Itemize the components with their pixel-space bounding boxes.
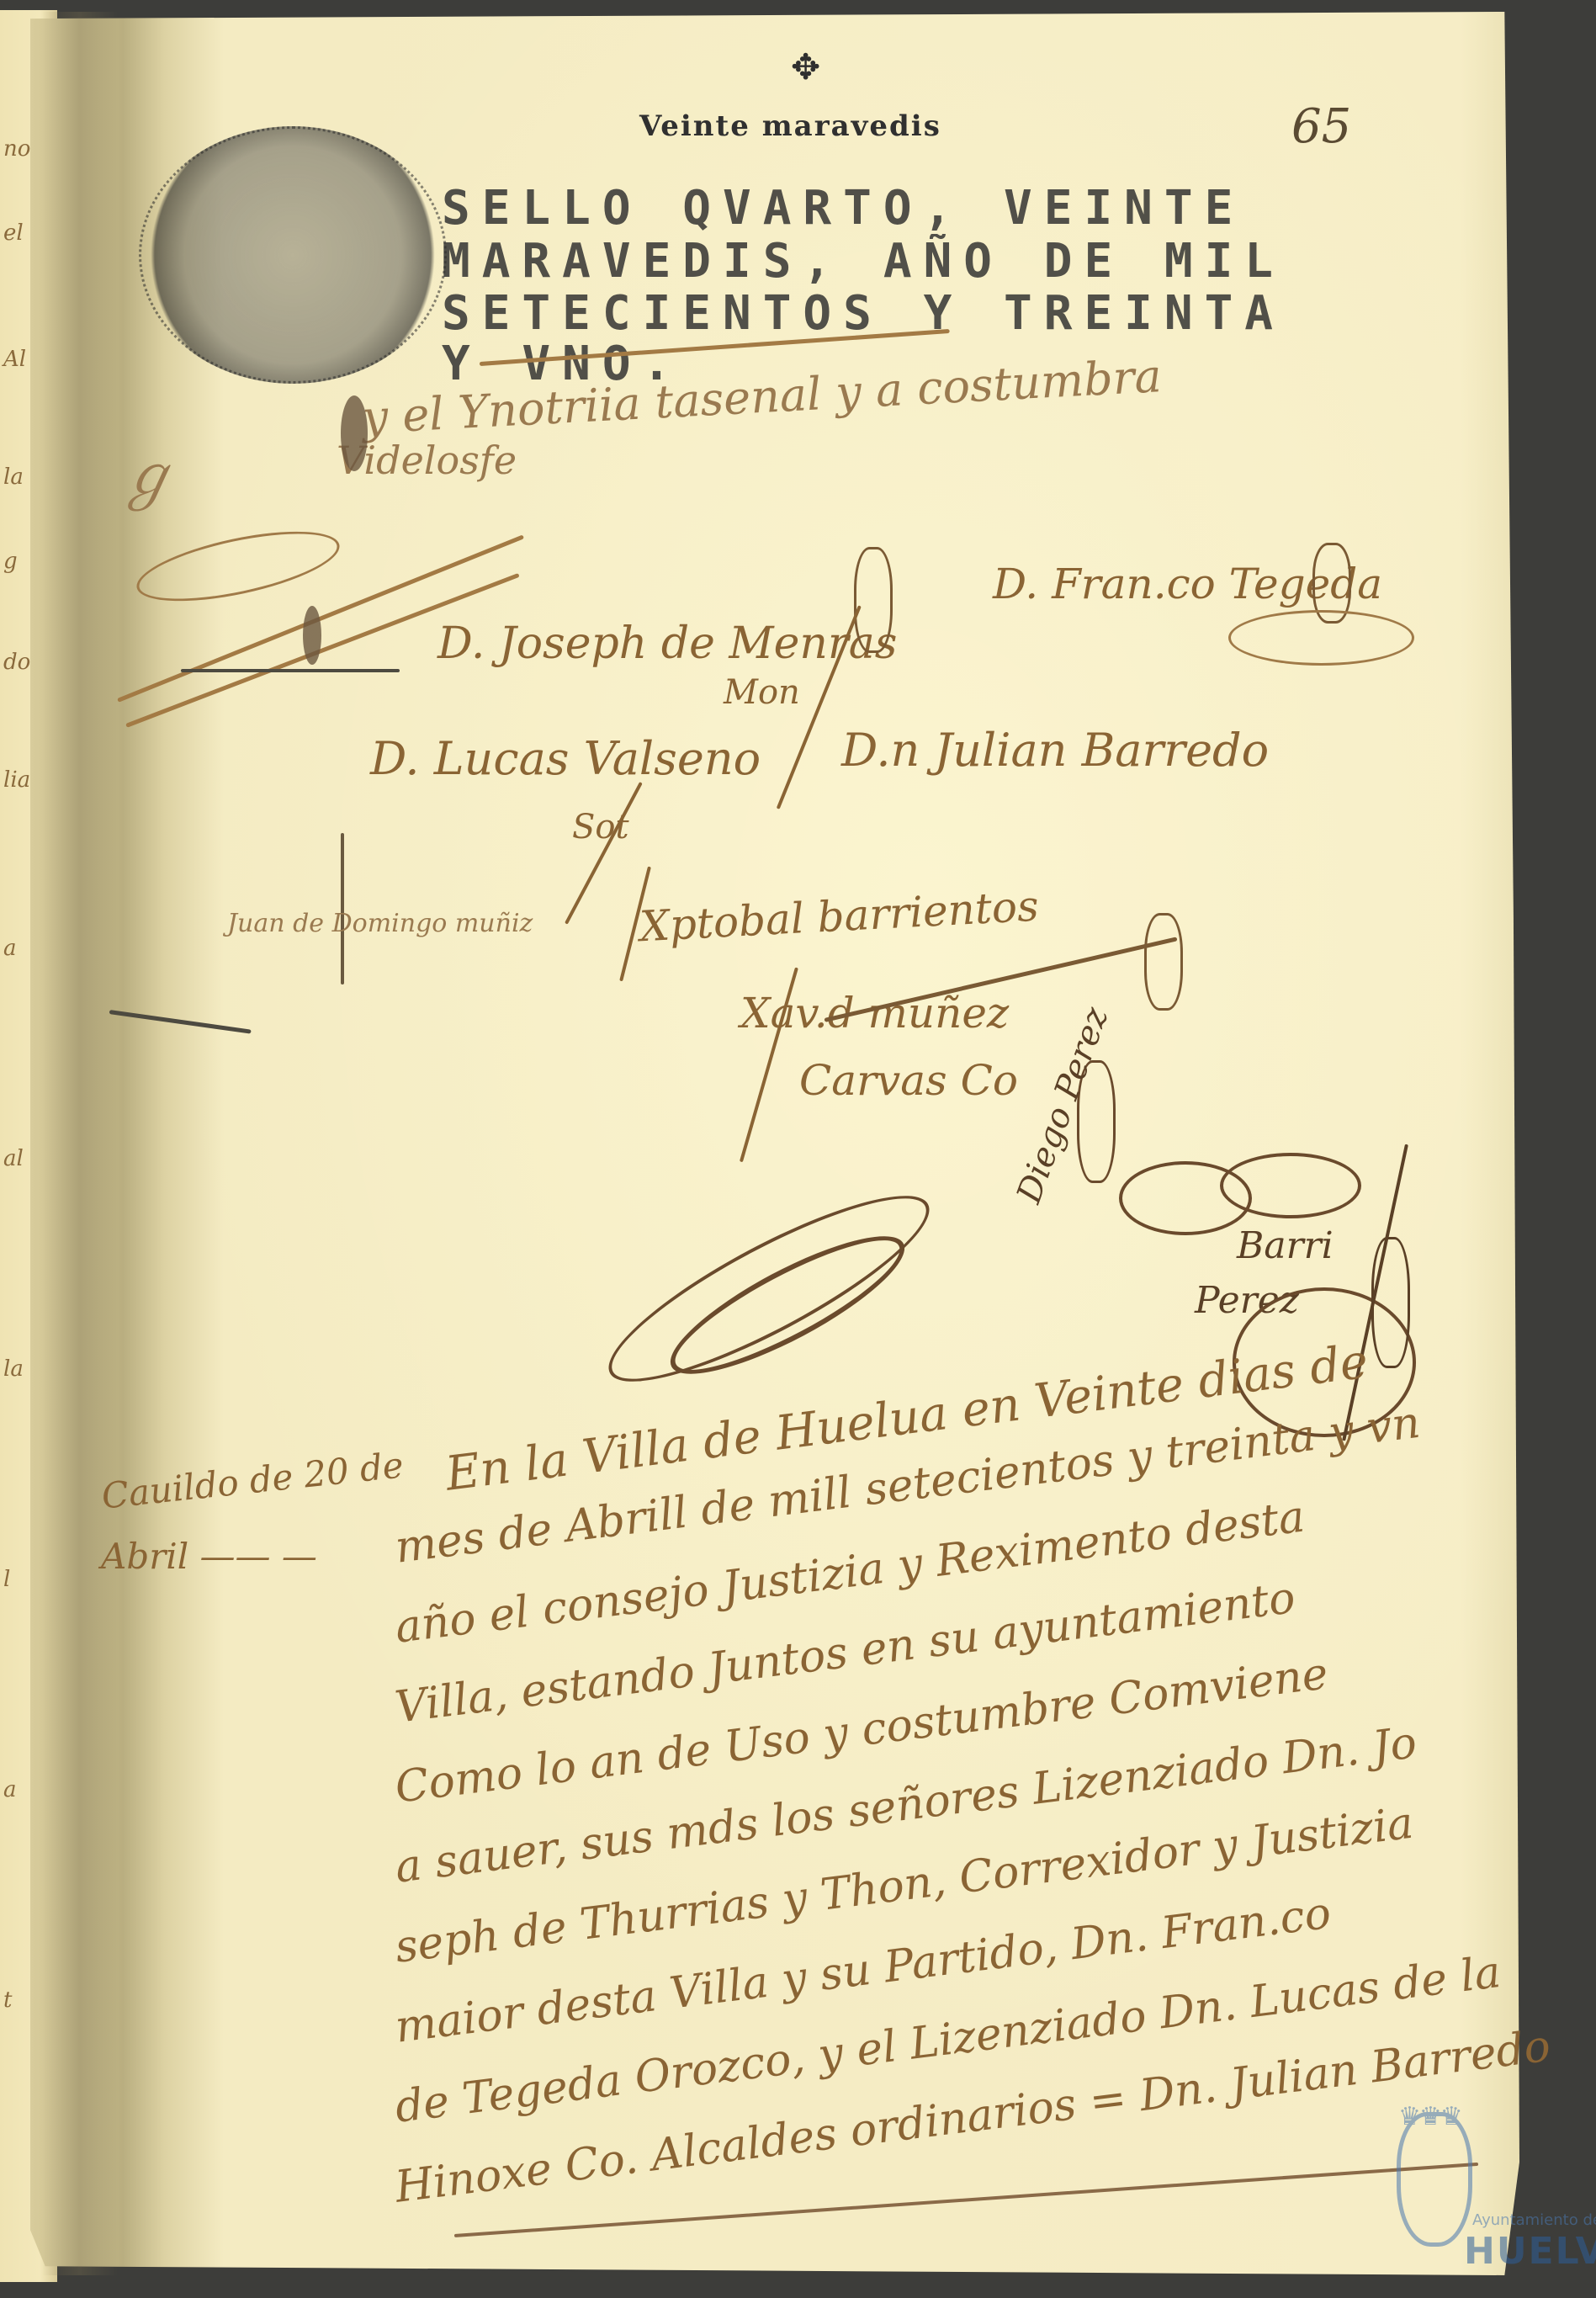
paraph-bar — [181, 669, 400, 672]
ink-blot — [303, 606, 321, 665]
left-page-fragment: la — [3, 1356, 24, 1382]
huelva-archive-logo: ♛♛♛ Ayuntamiento de HUELVA — [1380, 2112, 1506, 2255]
left-page-fragment: al — [3, 1146, 24, 1171]
royal-seal-stamp — [139, 126, 447, 384]
signature-rubric — [1371, 1237, 1410, 1368]
signature-joseph-de-menras: D. Joseph de Menras — [437, 618, 897, 669]
fleuron-ornament-icon: ✥ — [791, 46, 820, 88]
ink-blot — [341, 395, 368, 471]
left-page-fragment: Al — [3, 347, 26, 372]
signature-xav-munez: Xav.d muñez — [740, 989, 1009, 1038]
left-page-fragment: g — [3, 549, 18, 574]
left-page-fragment: a — [3, 1777, 17, 1802]
left-page-fragment: a — [3, 936, 17, 961]
signature-rubric — [1144, 913, 1183, 1011]
left-page-fragment: lia — [3, 767, 30, 793]
coat-of-arms-icon — [1397, 2112, 1472, 2247]
folio-number: 65 — [1291, 99, 1351, 154]
signature-mon: Mon — [724, 673, 800, 712]
signature-flourish — [1228, 610, 1414, 666]
left-page-fragment: do — [3, 650, 30, 675]
binding-gutter-shadow — [42, 12, 118, 2275]
left-page-fragment: la — [3, 464, 24, 490]
signature-lucas-valseno: D. Lucas Valseno — [370, 732, 761, 785]
logo-name: HUELVA — [1464, 2230, 1596, 2273]
stamp-line-2: MARAVEDIS, AÑO DE MIL — [442, 234, 1285, 289]
stamp-line-1: SELLO QVARTO, VEINTE — [442, 181, 1244, 236]
signature-loop — [1220, 1153, 1361, 1218]
left-page-fragment: l — [3, 1567, 10, 1592]
logo-subtitle: Ayuntamiento de — [1472, 2211, 1596, 2229]
signature-carvas: Carvas Co — [799, 1056, 1018, 1105]
left-page-fragment: no — [3, 136, 30, 162]
signature-rubric — [854, 547, 893, 653]
signature-julian-barredo: D.n Julian Barredo — [841, 724, 1269, 777]
signature-domingo-muniz: Juan de Domingo muñiz — [227, 909, 533, 938]
stamp-header: Veinte maravedis — [639, 109, 941, 143]
stamp-line-3: SETECIENTOS Y TREINTA — [442, 286, 1285, 341]
left-page-fragment: t — [3, 1988, 12, 2013]
margin-note-line-2: Abril —— — — [101, 1536, 317, 1577]
signature-perez-esc: Barri — [1237, 1224, 1334, 1267]
margin-mark: ℊ — [118, 429, 177, 514]
signature-sot: Sot — [572, 808, 629, 846]
left-page-fragment: el — [3, 220, 24, 246]
